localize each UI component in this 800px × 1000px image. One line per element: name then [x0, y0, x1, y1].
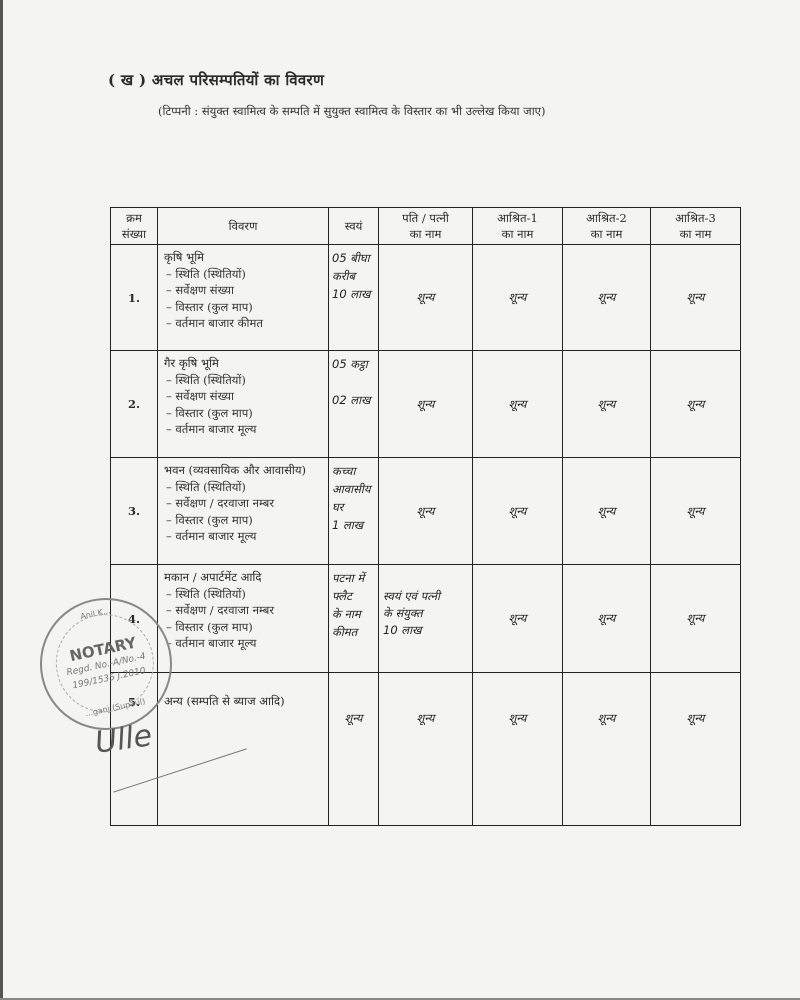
asset-subitem: – विस्तार (कुल माप) — [164, 512, 328, 529]
asset-subitem: – विस्तार (कुल माप) — [164, 299, 328, 316]
dependent2-cell: शून्य — [563, 458, 651, 565]
asset-subitem: – सर्वेक्षण संख्या — [164, 282, 328, 299]
self-cell: 05 बीघाकरीब10 लाख — [329, 245, 379, 351]
asset-subitem: – विस्तार (कुल माप) — [164, 405, 328, 422]
dependent2-cell: शून्य — [563, 673, 651, 826]
self-cell: शून्य — [329, 673, 379, 826]
table-row: 2. गैर कृषि भूमि – स्थिति (स्थितियों) – … — [111, 351, 741, 458]
dependent3-cell: शून्य — [651, 351, 741, 458]
dependent3-cell: शून्य — [651, 673, 741, 826]
table-row: 4. मकान / अपार्टमेंट आदि – स्थिति (स्थित… — [111, 565, 741, 673]
dependent2-cell: शून्य — [563, 245, 651, 351]
asset-subitem: – सर्वेक्षण संख्या — [164, 388, 328, 405]
asset-title: मकान / अपार्टमेंट आदि — [164, 569, 328, 586]
scan-edge — [0, 0, 3, 1000]
dependent1-cell: शून्य — [473, 351, 563, 458]
self-cell: कच्चाआवासीयघर1 लाख — [329, 458, 379, 565]
header-serial: क्रमसंख्या — [111, 208, 158, 245]
asset-subitem: – विस्तार (कुल माप) — [164, 619, 328, 636]
table-row: 5. अन्य (सम्पति से ब्याज आदि) शून्य शून्… — [111, 673, 741, 826]
section-note: (टिप्पनी : संयुक्त स्वामित्व के सम्पति म… — [158, 104, 546, 119]
asset-title: गैर कृषि भूमि — [164, 355, 328, 372]
serial-number: 1. — [111, 245, 158, 351]
header-spouse: पति / पत्नीका नाम — [379, 208, 473, 245]
spouse-cell: शून्य — [379, 673, 473, 826]
asset-title: भवन (व्यवसायिक और आवासीय) — [164, 462, 328, 479]
header-dependent3: आश्रित-3का नाम — [651, 208, 741, 245]
description-cell: भवन (व्यवसायिक और आवासीय) – स्थिति (स्थि… — [158, 458, 329, 565]
asset-subitem: – सर्वेक्षण / दरवाजा नम्बर — [164, 495, 328, 512]
header-row: क्रमसंख्या विवरण स्वयं पति / पत्नीका नाम… — [111, 208, 741, 245]
header-dependent2: आश्रित-2का नाम — [563, 208, 651, 245]
asset-subitem: – स्थिति (स्थितियों) — [164, 372, 328, 389]
asset-subitem: – स्थिति (स्थितियों) — [164, 586, 328, 603]
dependent1-cell: शून्य — [473, 245, 563, 351]
asset-subitem: – स्थिति (स्थितियों) — [164, 266, 328, 283]
description-cell: कृषि भूमि – स्थिति (स्थितियों) – सर्वेक्… — [158, 245, 329, 351]
section-heading: ( ख ) अचल परिसम्पतियों का विवरण — [108, 70, 324, 90]
dependent2-cell: शून्य — [563, 351, 651, 458]
asset-subitem: – वर्तमान बाजार मूल्य — [164, 635, 328, 652]
self-cell: 05 कट्ठा02 लाख — [329, 351, 379, 458]
table-row: 3. भवन (व्यवसायिक और आवासीय) – स्थिति (स… — [111, 458, 741, 565]
spouse-cell: शून्य — [379, 351, 473, 458]
asset-subitem: – स्थिति (स्थितियों) — [164, 479, 328, 496]
asset-title: कृषि भूमि — [164, 249, 328, 266]
serial-number: 2. — [111, 351, 158, 458]
description-cell: मकान / अपार्टमेंट आदि – स्थिति (स्थितियो… — [158, 565, 329, 673]
dependent1-cell: शून्य — [473, 458, 563, 565]
asset-subitem: – वर्तमान बाजार कीमत — [164, 315, 328, 332]
spouse-cell: शून्य — [379, 245, 473, 351]
dependent1-cell: शून्य — [473, 565, 563, 673]
dependent2-cell: शून्य — [563, 565, 651, 673]
dependent3-cell: शून्य — [651, 565, 741, 673]
asset-subitem: – वर्तमान बाजार मूल्य — [164, 421, 328, 438]
spouse-cell: शून्य — [379, 458, 473, 565]
self-cell: पटना मेंफ्लैटके नामकीमत — [329, 565, 379, 673]
asset-subitem: – सर्वेक्षण / दरवाजा नम्बर — [164, 602, 328, 619]
header-self: स्वयं — [329, 208, 379, 245]
asset-title: अन्य (सम्पति से ब्याज आदि) — [164, 693, 328, 710]
description-cell: गैर कृषि भूमि – स्थिति (स्थितियों) – सर्… — [158, 351, 329, 458]
asset-subitem: – वर्तमान बाजार मूल्य — [164, 528, 328, 545]
dependent3-cell: शून्य — [651, 245, 741, 351]
serial-number: 3. — [111, 458, 158, 565]
immovable-assets-table: क्रमसंख्या विवरण स्वयं पति / पत्नीका नाम… — [110, 207, 741, 826]
dependent1-cell: शून्य — [473, 673, 563, 826]
header-description: विवरण — [158, 208, 329, 245]
header-dependent1: आश्रित-1का नाम — [473, 208, 563, 245]
table-row: 1. कृषि भूमि – स्थिति (स्थितियों) – सर्व… — [111, 245, 741, 351]
spouse-cell: स्वयं एवं पत्नीके संयुक्त10 लाख — [379, 565, 473, 673]
dependent3-cell: शून्य — [651, 458, 741, 565]
